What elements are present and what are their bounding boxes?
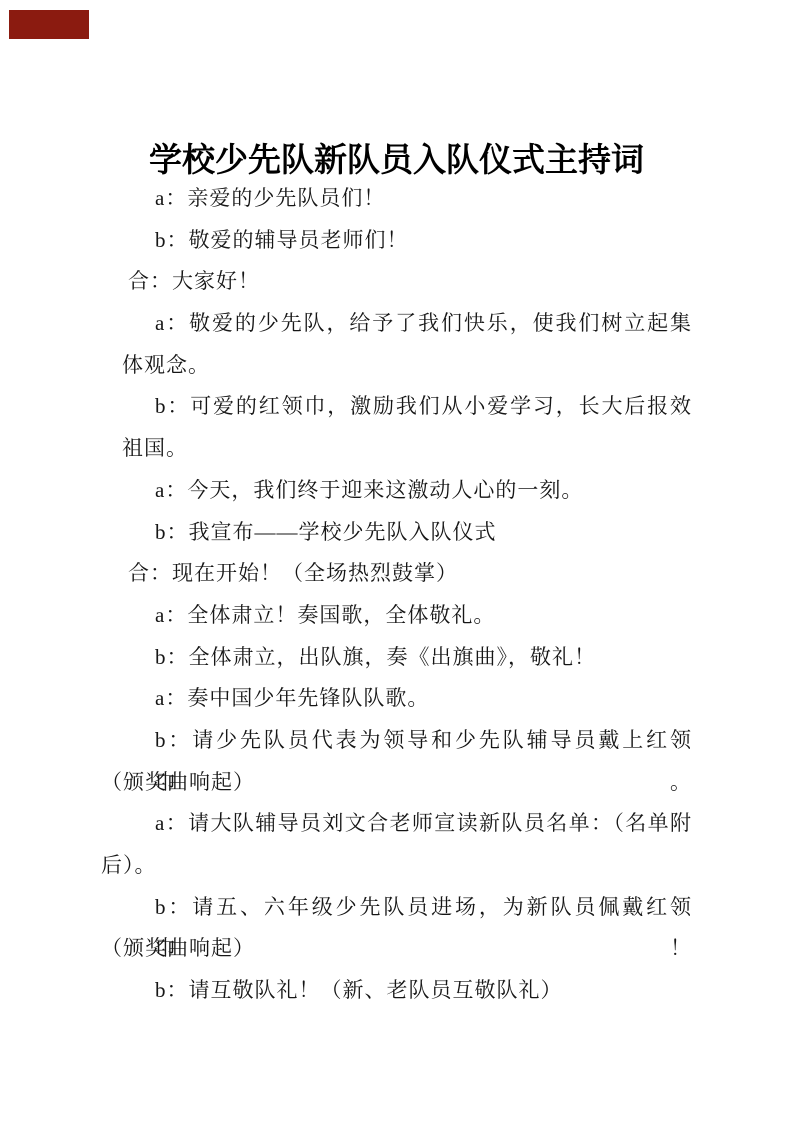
script-line: 体观念。 <box>101 345 692 387</box>
document-title: 学校少先队新队员入队仪式主持词 <box>0 134 793 181</box>
script-line: 后）。 <box>101 845 692 887</box>
site-logo-block[interactable] <box>9 10 89 39</box>
script-line: b：请互敬队礼！（新、老队员互敬队礼） <box>101 970 692 1012</box>
script-line: a：今天，我们终于迎来这激动人心的一刻。 <box>101 470 692 512</box>
document-body: a：亲爱的少先队员们！ b：敬爱的辅导员老师们！ 合：大家好！ a：敬爱的少先队… <box>101 178 692 1012</box>
document-page: 学校少先队新队员入队仪式主持词 a：亲爱的少先队员们！ b：敬爱的辅导员老师们！… <box>0 0 793 1122</box>
script-line: b：可爱的红领巾，激励我们从小爱学习，长大后报效 <box>101 386 692 428</box>
script-line: a：全体肃立！奏国歌，全体敬礼。 <box>101 595 692 637</box>
script-line: b：全体肃立，出队旗，奏《出旗曲》，敬礼！ <box>101 637 692 679</box>
script-line: a：请大队辅导员刘文合老师宣读新队员名单：（名单附 <box>101 803 692 845</box>
script-line: b：请少先队员代表为领导和少先队辅导员戴上红领巾。 <box>101 720 692 762</box>
script-line: b：请五、六年级少先队员进场，为新队员佩戴红领巾！ <box>101 887 692 929</box>
script-line: a：亲爱的少先队员们！ <box>101 178 692 220</box>
script-line: 合：大家好！ <box>101 261 692 303</box>
script-line: 合：现在开始！（全场热烈鼓掌） <box>101 553 692 595</box>
script-line: 祖国。 <box>101 428 692 470</box>
script-line: b：我宣布——学校少先队入队仪式 <box>101 512 692 554</box>
script-line: b：敬爱的辅导员老师们！ <box>101 220 692 262</box>
script-line: a：敬爱的少先队，给予了我们快乐，使我们树立起集 <box>101 303 692 345</box>
script-line: a：奏中国少年先锋队队歌。 <box>101 678 692 720</box>
